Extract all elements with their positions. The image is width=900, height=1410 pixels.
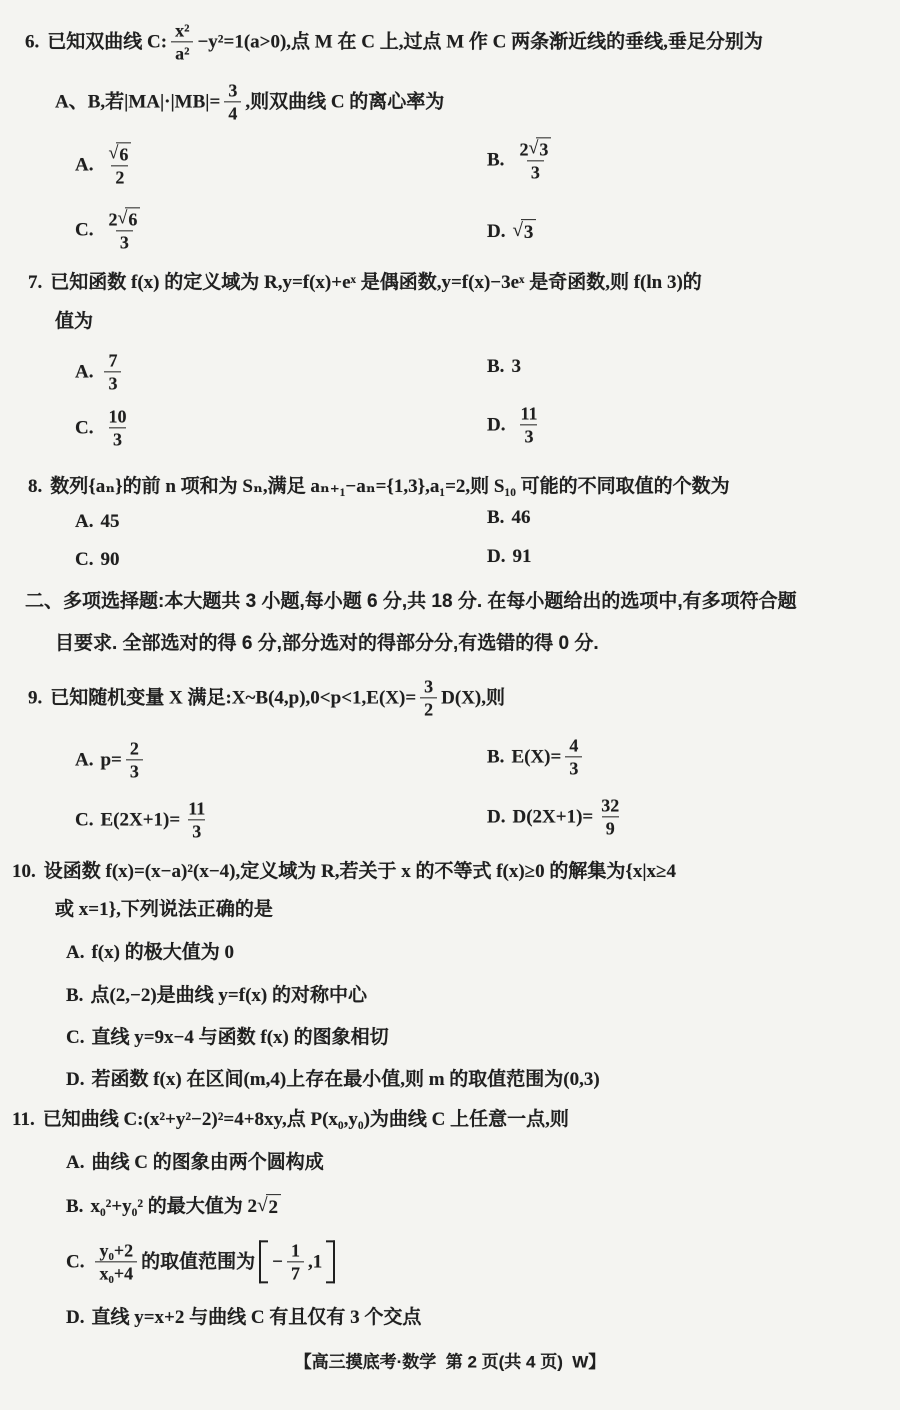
q8-option-d: D. 91 <box>487 545 531 569</box>
q7-option-d-fraction: 11 3 <box>516 403 541 446</box>
q9-option-c-label: C. <box>75 808 93 832</box>
q10-option-d-label: D. <box>66 1068 84 1092</box>
q10-option-c: C. 直线 y=9x−4 与函数 f(x) 的图象相切 <box>66 1026 389 1050</box>
q6-option-a-den: 2 <box>111 166 128 188</box>
q6-option-a-fraction: √6 2 <box>104 142 135 187</box>
sqrt-symbol: √3 <box>512 219 536 245</box>
q9-fraction-32: 3 2 <box>420 676 437 719</box>
q7-option-a: A. 7 3 <box>75 350 125 393</box>
q8-option-c-value: 90 <box>100 548 119 572</box>
q8-option-a-value: 45 <box>100 510 119 534</box>
q7-option-d-label: D. <box>487 413 505 437</box>
q9-option-d-expr: D(2X+1)= <box>512 805 593 829</box>
sqrt-symbol: √2 <box>257 1194 281 1220</box>
q10-stem-text-2: 或 x=1},下列说法正确的是 <box>55 898 273 922</box>
q11-stem: 11. 已知曲线 C:(x²+y²−2)²=4+8xy,点 P(x₀,y₀)为曲… <box>12 1108 569 1132</box>
q9-option-a-label: A. <box>75 748 93 772</box>
q6-option-b: B. 2√3 3 <box>487 137 559 182</box>
q10-option-d: D. 若函数 f(x) 在区间(m,4)上存在最小值,则 m 的取值范围为(0,… <box>66 1068 600 1092</box>
q6-fraction-x2a2: x² a² <box>171 20 193 63</box>
q7-stem-line1: 7. 已知函数 f(x) 的定义域为 R,y=f(x)+eˣ 是偶函数,y=f(… <box>28 271 702 295</box>
minus-sign: − <box>272 1250 283 1274</box>
q11-option-b-label: B. <box>66 1195 83 1219</box>
q6-option-b-fraction: 2√3 3 <box>515 137 555 182</box>
q11-option-a: A. 曲线 C 的图象由两个圆构成 <box>66 1151 324 1175</box>
q11-option-c-inner-fraction: 1 7 <box>287 1240 304 1283</box>
q6-option-a: A. √6 2 <box>75 142 139 187</box>
q6-stem-text-c: A、B,若|MA|·|MB|= <box>55 90 220 114</box>
q6-fraction-34: 3 4 <box>224 80 241 123</box>
q10-option-c-label: C. <box>66 1026 84 1050</box>
q9-option-b: B. E(X)= 4 3 <box>487 735 586 778</box>
left-bracket <box>259 1240 268 1283</box>
section2-header-line2: 目要求. 全部选对的得 6 分,部分选对的得部分分,有选错的得 0 分. <box>55 632 599 656</box>
q6-stem-line1: 6. 已知双曲线 C: x² a² −y²=1(a>0),点 M 在 C 上,过… <box>25 20 763 63</box>
q10-option-d-text: 若函数 f(x) 在区间(m,4)上存在最小值,则 m 的取值范围为(0,3) <box>91 1068 599 1092</box>
q11-option-c-text: 的取值范围为 <box>141 1250 255 1274</box>
q11-option-c-interval: − 1 7 ,1 <box>259 1240 335 1283</box>
q9-option-a-fraction: 2 3 <box>126 738 143 781</box>
q8-option-c: C. 90 <box>75 548 119 572</box>
q6-frac2-num: 3 <box>228 80 237 100</box>
section2-header-line1: 二、多项选择题:本大题共 3 小题,每小题 6 分,共 18 分. 在每小题给出… <box>25 590 797 614</box>
page-footer: 【高三摸底考·数学 第 2 页(共 4 页) W】 <box>0 1351 900 1372</box>
q9-option-a: A. p= 2 3 <box>75 738 147 781</box>
q11-option-c-interval-tail: ,1 <box>308 1250 322 1274</box>
q6-stem-line2: A、B,若|MA|·|MB|= 3 4 ,则双曲线 C 的离心率为 <box>55 80 444 123</box>
q8-option-b-value: 46 <box>511 506 530 530</box>
sqrt-symbol: √6 <box>108 142 131 164</box>
q9-option-d-fraction: 32 9 <box>597 795 623 838</box>
q10-option-a-label: A. <box>66 941 84 965</box>
q7-option-c: C. 10 3 <box>75 406 134 449</box>
q8-stem: 8. 数列{aₙ}的前 n 项和为 Sₙ,满足 aₙ₊₁−aₙ={1,3},a₁… <box>28 475 730 499</box>
q6-option-d: D. √3 <box>487 219 536 245</box>
q8-option-a: A. 45 <box>75 510 119 534</box>
q11-option-d-text: 直线 y=x+2 与曲线 C 有且仅有 3 个交点 <box>91 1306 421 1330</box>
q10-stem-line1: 10. 设函数 f(x)=(x−a)²(x−4),定义域为 R,若关于 x 的不… <box>12 860 676 884</box>
q9-option-d: D. D(2X+1)= 32 9 <box>487 795 627 838</box>
section2-header-text1: 二、多项选择题:本大题共 3 小题,每小题 6 分,共 18 分. 在每小题给出… <box>25 590 797 614</box>
sqrt-symbol: √3 <box>528 137 551 159</box>
q7-option-b-value: 3 <box>511 355 521 379</box>
q10-number: 10. <box>12 860 36 884</box>
q8-option-d-label: D. <box>487 545 505 569</box>
q8-option-b-label: B. <box>487 506 504 530</box>
q11-option-a-text: 曲线 C 的图象由两个圆构成 <box>91 1151 323 1175</box>
q7-stem-text: 已知函数 f(x) 的定义域为 R,y=f(x)+eˣ 是偶函数,y=f(x)−… <box>50 271 702 295</box>
q8-option-d-value: 91 <box>512 545 531 569</box>
q6-option-b-label: B. <box>487 148 504 172</box>
q11-option-b-text: x₀²+y₀² 的最大值为 2 <box>90 1195 257 1219</box>
q6-option-c-den: 3 <box>116 231 133 253</box>
q11-option-c-fraction: y₀+2 x₀+4 <box>95 1240 137 1283</box>
q7-option-a-label: A. <box>75 360 93 384</box>
q9-option-d-label: D. <box>487 805 505 829</box>
q7-number: 7. <box>28 271 42 295</box>
q8-stem-text: 数列{aₙ}的前 n 项和为 Sₙ,满足 aₙ₊₁−aₙ={1,3},a₁=2,… <box>50 475 729 499</box>
q9-option-a-expr: p= <box>100 748 121 772</box>
q6-stem-text-d: ,则双曲线 C 的离心率为 <box>245 90 444 114</box>
q7-option-b: B. 3 <box>487 355 521 379</box>
q10-option-c-text: 直线 y=9x−4 与函数 f(x) 的图象相切 <box>91 1026 388 1050</box>
q9-option-b-fraction: 4 3 <box>565 735 582 778</box>
q10-option-b: B. 点(2,−2)是曲线 y=f(x) 的对称中心 <box>66 984 367 1008</box>
q9-stem-text-b: D(X),则 <box>441 686 505 710</box>
q9-option-c: C. E(2X+1)= 11 3 <box>75 798 213 841</box>
q6-frac2-den: 4 <box>224 102 241 124</box>
q11-option-c: C. y₀+2 x₀+4 的取值范围为 − 1 7 ,1 <box>66 1240 335 1283</box>
q9-option-b-expr: E(X)= <box>511 745 561 769</box>
q11-stem-text: 已知曲线 C:(x²+y²−2)²=4+8xy,点 P(x₀,y₀)为曲线 C … <box>43 1108 569 1132</box>
q8-option-b: B. 46 <box>487 506 530 530</box>
q9-stem: 9. 已知随机变量 X 满足:X~B(4,p),0<p<1,E(X)= 3 2 … <box>28 676 505 719</box>
q7-option-c-label: C. <box>75 416 93 440</box>
section2-header-text2: 目要求. 全部选对的得 6 分,部分选对的得部分分,有选错的得 0 分. <box>55 632 599 656</box>
q11-option-c-label: C. <box>66 1250 84 1274</box>
exam-page: 6. 已知双曲线 C: x² a² −y²=1(a>0),点 M 在 C 上,过… <box>0 0 900 1410</box>
q9-option-c-fraction: 11 3 <box>184 798 209 841</box>
q6-option-b-den: 3 <box>527 161 544 183</box>
q10-stem-text-1: 设函数 f(x)=(x−a)²(x−4),定义域为 R,若关于 x 的不等式 f… <box>44 860 676 884</box>
q10-option-a-text: f(x) 的极大值为 0 <box>91 941 233 965</box>
q7-stem-text-2: 值为 <box>55 310 93 334</box>
q10-stem-line2: 或 x=1},下列说法正确的是 <box>55 898 273 922</box>
q6-option-a-label: A. <box>75 153 93 177</box>
q7-option-a-fraction: 7 3 <box>104 350 121 393</box>
q6-option-c-fraction: 2√6 3 <box>104 207 144 252</box>
q6-option-c-label: C. <box>75 218 93 242</box>
q6-frac1-num: x² <box>175 20 189 40</box>
q6-option-c: C. 2√6 3 <box>75 207 148 252</box>
q7-stem-line2: 值为 <box>55 310 93 334</box>
q9-option-b-label: B. <box>487 745 504 769</box>
q10-option-b-label: B. <box>66 984 83 1008</box>
q7-option-b-label: B. <box>487 355 504 379</box>
q10-option-a: A. f(x) 的极大值为 0 <box>66 941 234 965</box>
q9-number: 9. <box>28 686 42 710</box>
q6-frac1-den: a² <box>171 42 193 64</box>
q6-stem-text-b: −y²=1(a>0),点 M 在 C 上,过点 M 作 C 两条渐近线的垂线,垂… <box>197 30 762 54</box>
sqrt-symbol: √6 <box>117 207 140 229</box>
q7-option-d: D. 11 3 <box>487 403 546 446</box>
right-bracket <box>326 1240 335 1283</box>
q11-option-d-label: D. <box>66 1306 84 1330</box>
q11-option-a-label: A. <box>66 1151 84 1175</box>
q7-option-c-fraction: 10 3 <box>104 406 130 449</box>
q6-stem-text-a: 已知双曲线 C: <box>47 30 167 54</box>
q6-number: 6. <box>25 30 39 54</box>
q8-number: 8. <box>28 475 42 499</box>
q11-number: 11. <box>12 1108 35 1132</box>
q11-option-b: B. x₀²+y₀² 的最大值为 2 √2 <box>66 1194 281 1220</box>
q9-option-c-expr: E(2X+1)= <box>100 808 180 832</box>
q6-option-d-label: D. <box>487 220 505 244</box>
q9-stem-text-a: 已知随机变量 X 满足:X~B(4,p),0<p<1,E(X)= <box>50 686 416 710</box>
page-footer-text: 【高三摸底考·数学 第 2 页(共 4 页) W】 <box>295 1351 606 1372</box>
q10-option-b-text: 点(2,−2)是曲线 y=f(x) 的对称中心 <box>90 984 367 1008</box>
q8-option-a-label: A. <box>75 510 93 534</box>
q11-option-d: D. 直线 y=x+2 与曲线 C 有且仅有 3 个交点 <box>66 1306 421 1330</box>
q8-option-c-label: C. <box>75 548 93 572</box>
